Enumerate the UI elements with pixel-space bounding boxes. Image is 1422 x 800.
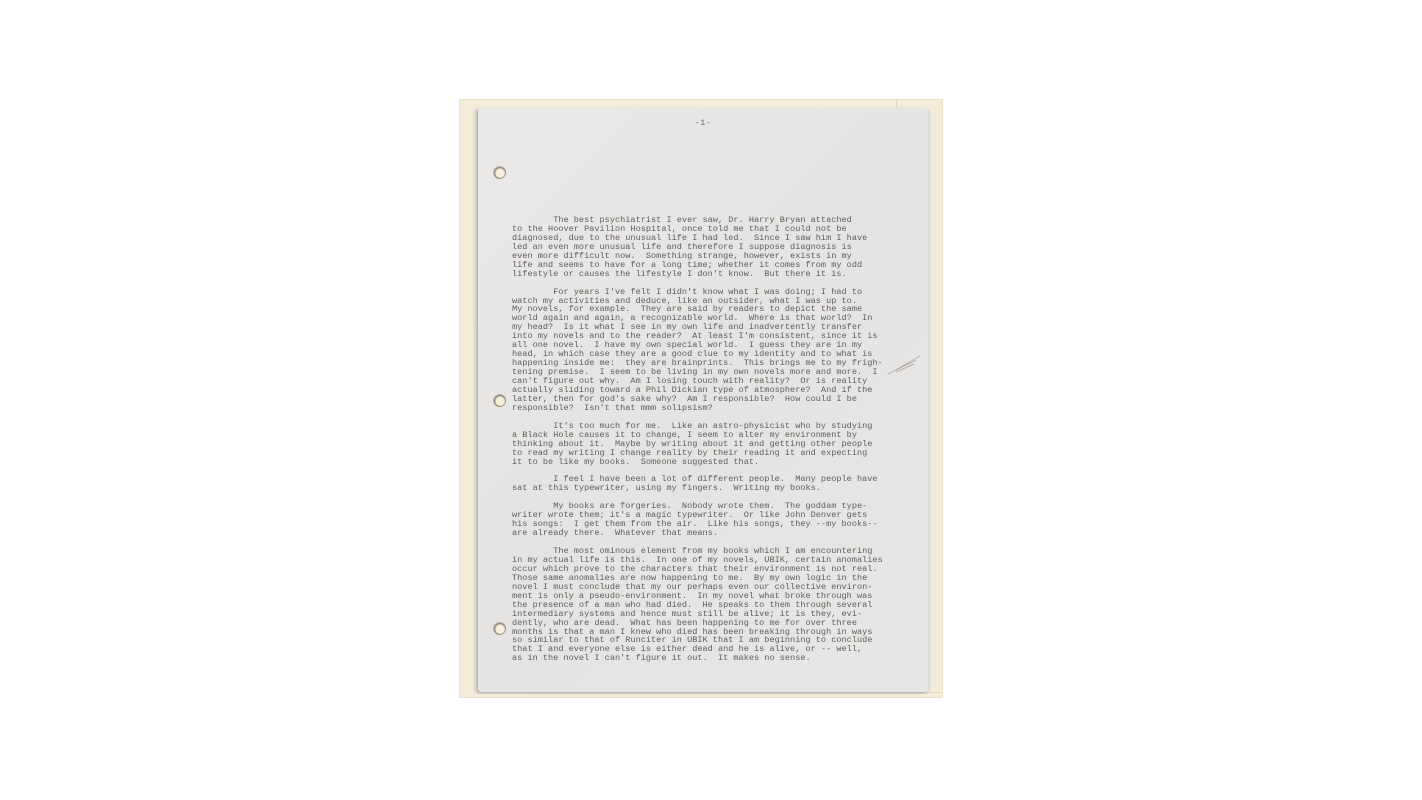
paragraph: The best psychiatrist I ever saw, Dr. Ha…: [512, 216, 912, 279]
paragraph: The most ominous element from my books w…: [512, 547, 912, 663]
text-line: as in the novel I can't figure it out. I…: [512, 654, 912, 663]
text-line: it to be like my books. Someone suggeste…: [512, 458, 912, 467]
paragraph: I feel I have been a lot of different pe…: [512, 475, 912, 493]
text-line: are already there. Whatever that means.: [512, 529, 912, 538]
text-line: lifestyle or causes the lifestyle I don'…: [512, 270, 912, 279]
punch-hole-icon: [493, 166, 506, 179]
typed-body-text: The best psychiatrist I ever saw, Dr. Ha…: [512, 216, 912, 672]
paragraph: My books are forgeries. Nobody wrote the…: [512, 502, 912, 538]
paragraph: It's too much for me. Like an astro-phys…: [512, 422, 912, 467]
paragraph: For years I've felt I didn't know what I…: [512, 288, 912, 413]
text-line: responsible? Isn't that mmm solipsism?: [512, 404, 912, 413]
punch-hole-icon: [493, 622, 506, 635]
page-number: -1-: [478, 118, 928, 128]
punch-hole-icon: [493, 394, 506, 407]
pencil-mark-icon: [886, 348, 926, 378]
typed-page: -1- The best psychiatrist I ever saw, Dr…: [478, 108, 928, 692]
text-line: sat at this typewriter, using my fingers…: [512, 484, 912, 493]
